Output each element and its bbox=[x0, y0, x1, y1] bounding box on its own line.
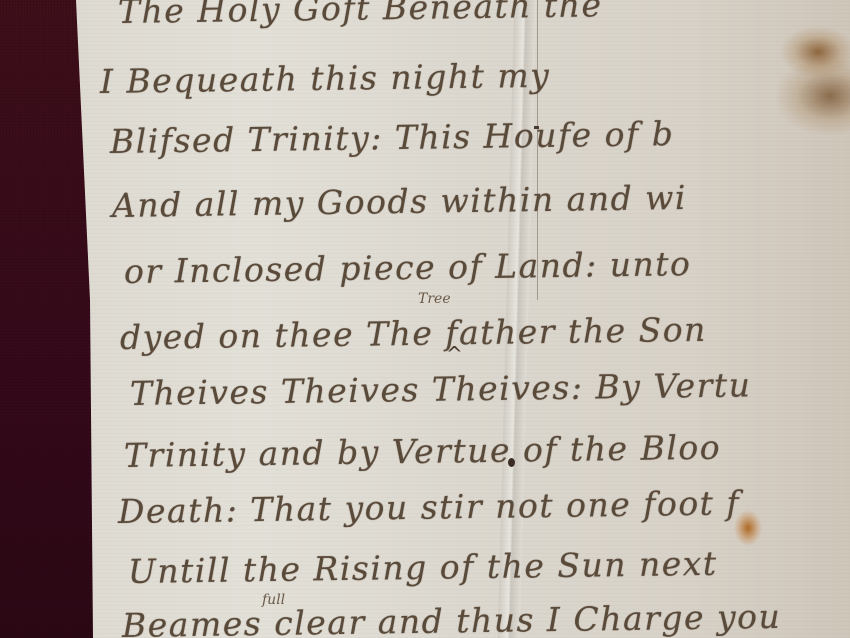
manuscript-line-4: And all my Goods within and wi bbox=[112, 178, 687, 225]
manuscript-line-9: Death: That you stir not one foot f bbox=[118, 483, 741, 531]
manuscript-line-3: Blifsed Trinity: This Houfe of b bbox=[110, 114, 675, 161]
manuscript-line-5: or Inclosed piece of Land: unto bbox=[124, 244, 692, 291]
manuscript-line-10: Untill the Rising of the Sun next bbox=[128, 544, 718, 591]
interlinear-insertion-tree: Tree bbox=[418, 291, 451, 307]
manuscript-line-6: dyed on thee The father the Son bbox=[120, 310, 707, 357]
manuscript-line-7: Theives Theives Theives: By Vertu bbox=[130, 365, 752, 413]
manuscript-line-8: Trinity and by Vertue of the Bloo bbox=[124, 428, 722, 475]
manuscript-page: The Holy Goft Beneath the I Bequeath thi… bbox=[0, 0, 850, 638]
manuscript-line-11: Beames clear and thus I Charge you bbox=[122, 597, 782, 638]
manuscript-line-2: I Bequeath this night my bbox=[100, 56, 551, 101]
